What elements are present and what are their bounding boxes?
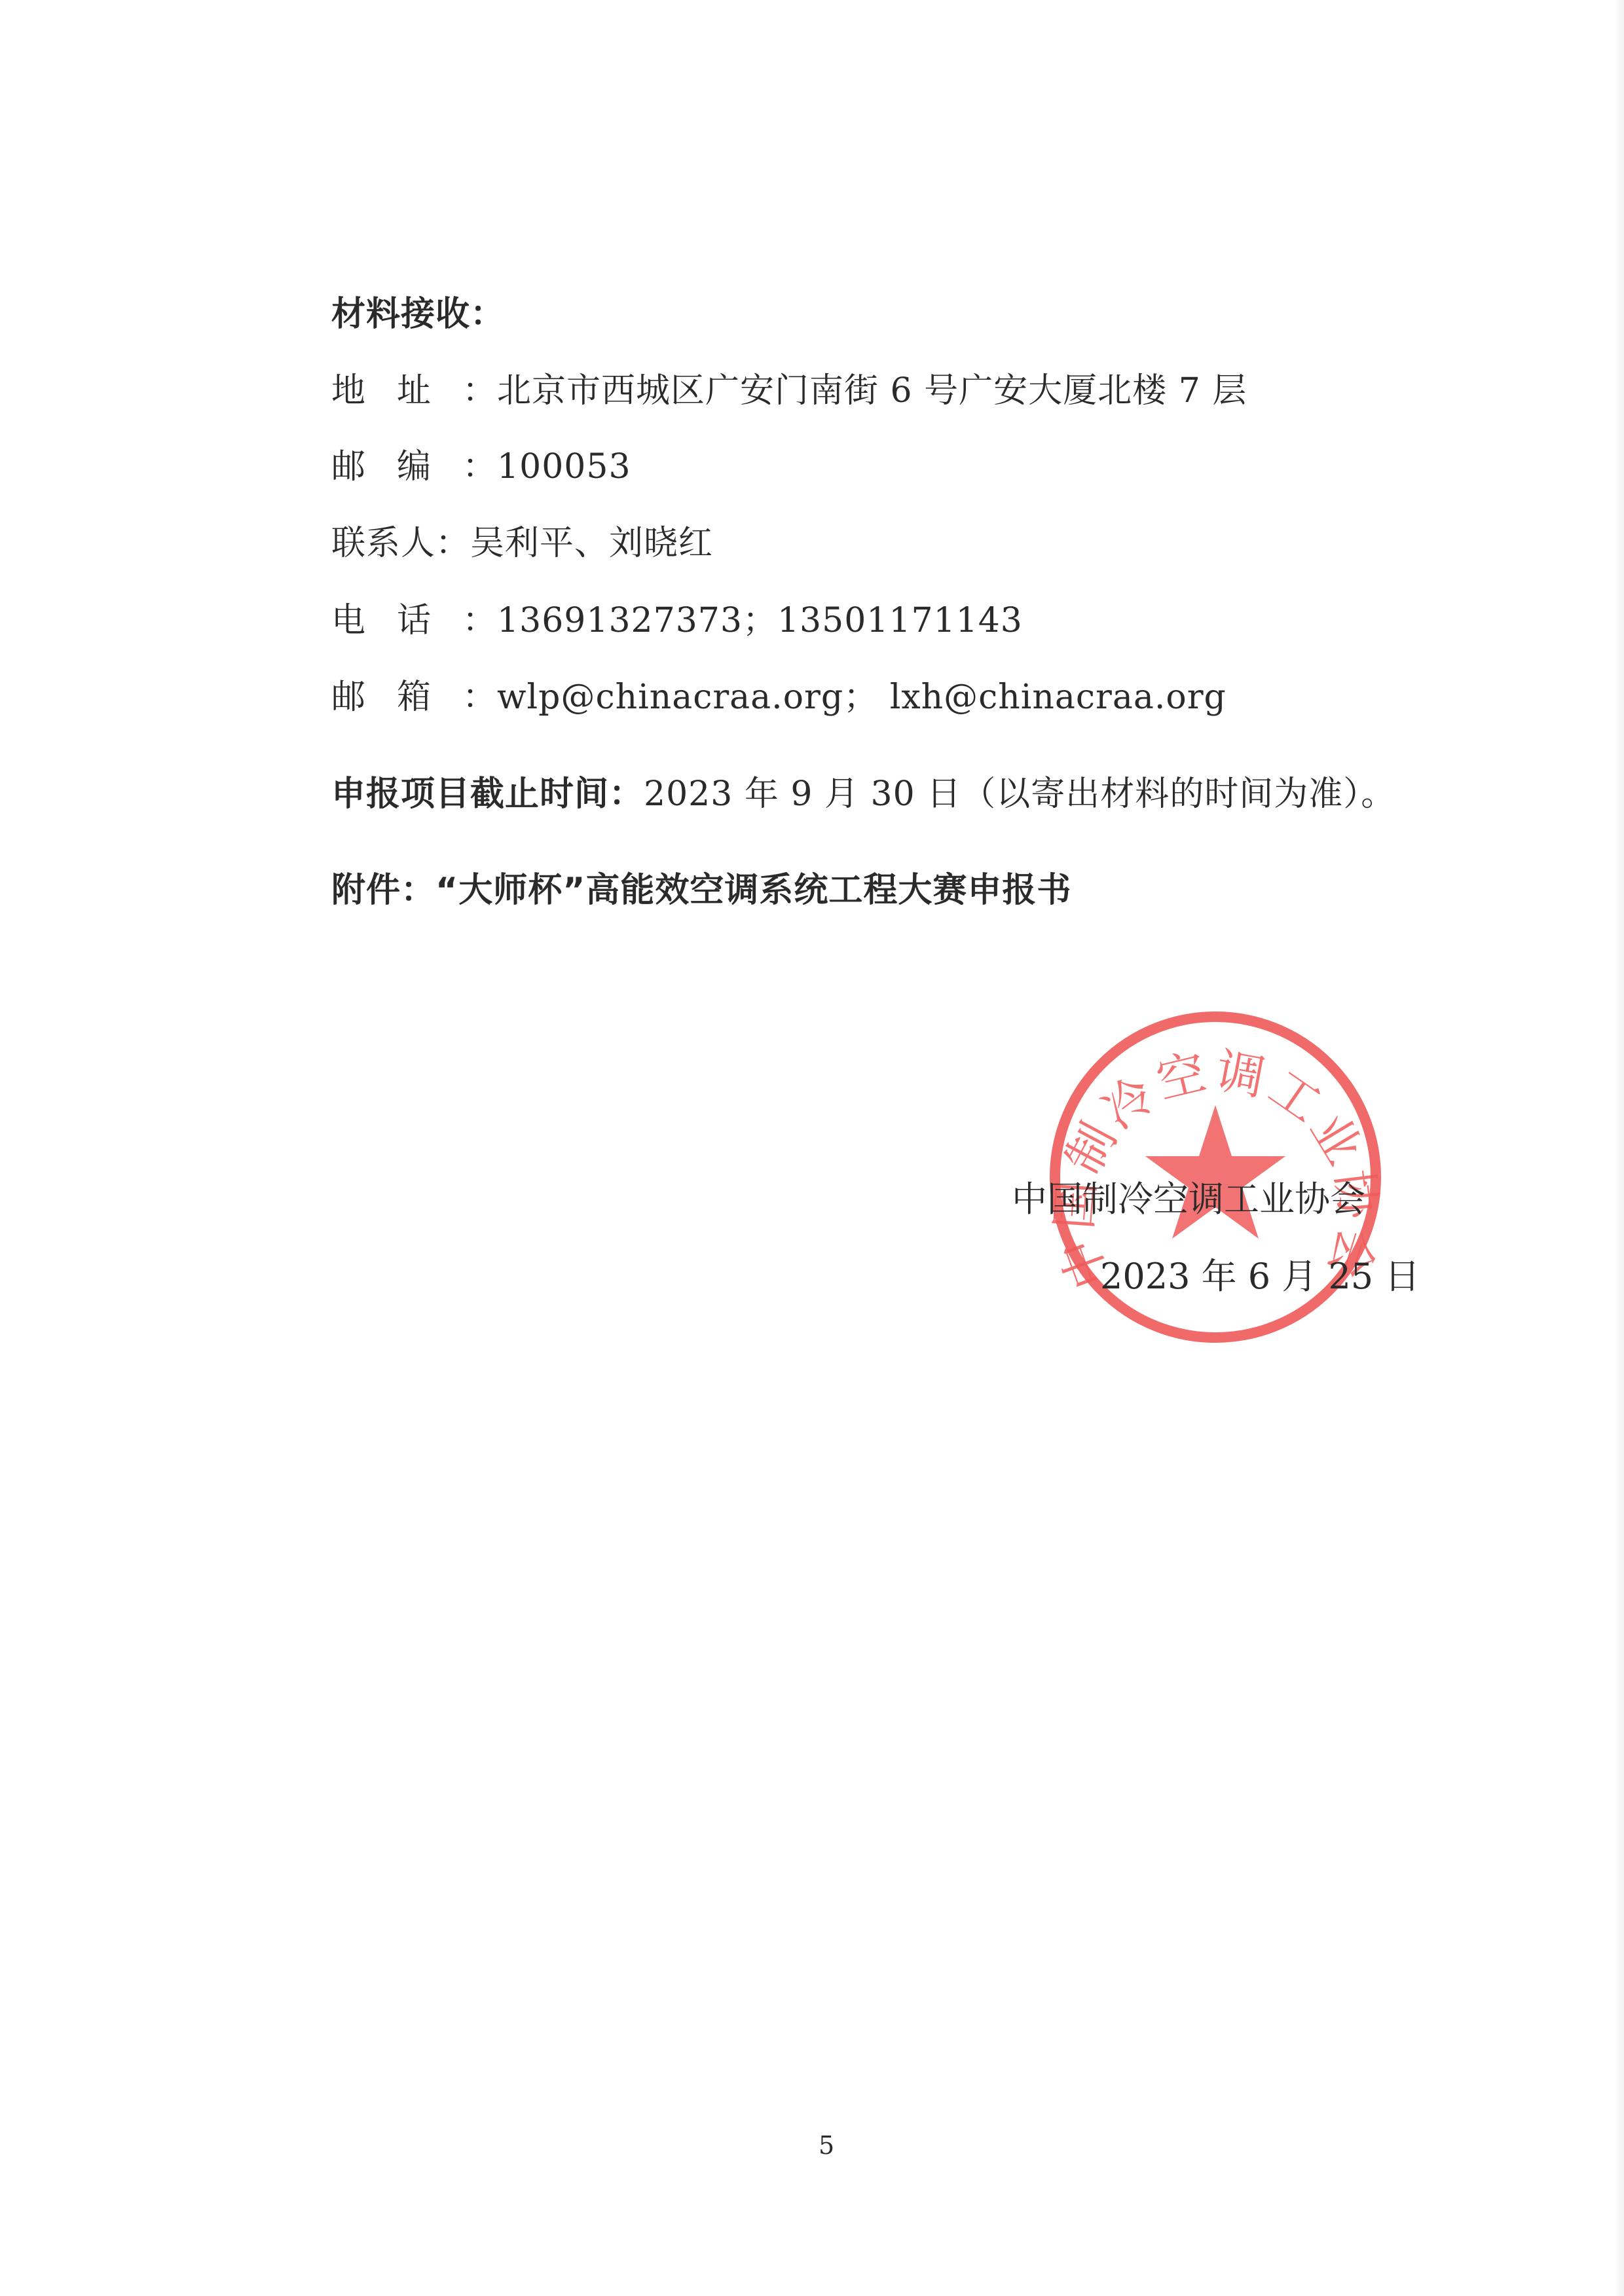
field-contact: 联系人：吴利平、刘晓红 [331,522,713,564]
field-email: 邮箱：wlp@chinacraa.org； lxh@chinacraa.org [331,676,1227,718]
section-heading: 材料接收： [331,293,505,335]
field-value: 北京市西城区广安门南街 6 号广安大厦北楼 7 层 [497,370,1247,412]
field-separator: ： [462,371,497,410]
field-value: 100053 [497,446,631,488]
page-number: 5 [819,2131,834,2160]
field-label: 邮编 [331,446,462,488]
field-value: wlp@chinacraa.org； lxh@chinacraa.org [497,676,1227,718]
field-separator: ： [462,678,497,717]
deadline-value: 2023 年 9 月 30 日（以寄出材料的时间为准）。 [644,774,1395,814]
field-separator: ： [435,524,470,563]
field-phone: 电话：13691327373；13501171143 [331,600,1023,642]
field-separator: ： [462,447,497,486]
field-address: 地址：北京市西城区广安门南街 6 号广安大厦北楼 7 层 [331,370,1247,412]
attachment-line: 附件：“大师杯”高能效空调系统工程大赛申报书 [331,869,1071,911]
field-label: 地址 [331,370,462,412]
field-postcode: 邮编：100053 [331,446,631,488]
attachment-label: 附件： [331,871,435,910]
field-value: 13691327373；13501171143 [497,600,1023,642]
deadline-line: 申报项目截止时间：2023 年 9 月 30 日（以寄出材料的时间为准）。 [331,773,1395,815]
field-label: 联系人 [331,522,435,564]
field-value: 吴利平、刘晓红 [470,522,713,564]
signature-organization: 中国制冷空调工业协会 [1012,1178,1365,1220]
page-edge [1614,0,1624,2296]
heading-text: 材料接收： [331,295,505,334]
field-label: 邮箱 [331,676,462,718]
attachment-value: “大师杯”高能效空调系统工程大赛申报书 [435,871,1071,910]
field-separator: ： [462,601,497,640]
field-label: 电话 [331,600,462,642]
deadline-label: 申报项目截止时间： [331,774,644,814]
signature-date: 2023 年 6 月 25 日 [1100,1256,1420,1298]
